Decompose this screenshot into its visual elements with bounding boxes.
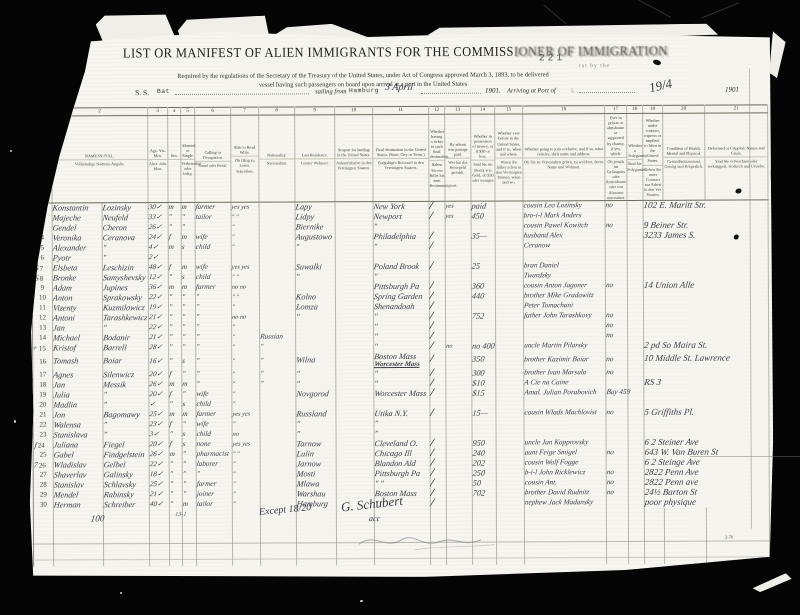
cell-surname: Schlavsky (103, 480, 149, 490)
cell-rw: ″ (232, 459, 260, 469)
cell-dest: ″ (374, 379, 430, 389)
cell-occ: farmer (196, 479, 232, 489)
cell-pd (446, 498, 472, 508)
column-header: NAME IN FULL.Vollständige Namens-Angabe. (52, 116, 148, 203)
cell-my (471, 251, 495, 261)
cell-surname: Boiar (103, 353, 149, 370)
cell-pd: no (446, 341, 472, 351)
cell-res: ″ (295, 272, 335, 282)
cell-bf (495, 231, 523, 241)
cell-my: 752 (472, 311, 496, 321)
cell-res: Novgorod (296, 389, 336, 399)
cell-my (472, 321, 496, 331)
row-number: 21 (39, 411, 46, 419)
cell-surname: ″ (103, 430, 149, 440)
cell-ms: ″ (182, 490, 196, 500)
column-header: Ever in prison or almshouse or supported… (605, 114, 627, 201)
cell-sea (336, 342, 374, 352)
cell-age: 21✓ (149, 313, 169, 323)
cell-bf (495, 201, 523, 212)
cell-pr: Bay 459 (606, 388, 628, 398)
cell-age: 18✓ (149, 470, 169, 480)
cell-given: Konstantin (52, 203, 102, 214)
cell-surname: Kuzmilowicz (102, 303, 148, 313)
cell-age: 20✓ (149, 440, 169, 450)
cell-given: Bronke (52, 273, 102, 283)
cell-res: Mlawa (296, 479, 336, 489)
column-header: Whether a Polygamist.Sind Sie Polygamist… (627, 113, 643, 200)
cell-rel: father John Tarashkovy (524, 311, 606, 321)
row-number: 1 (40, 204, 44, 212)
cell-nat (259, 292, 295, 302)
cell-rel: A Cie na Caine (524, 378, 606, 388)
cell-pd (446, 408, 472, 418)
cell-poly (627, 301, 643, 311)
cell-tk: / (429, 262, 445, 272)
cell-res: Lulin (296, 449, 336, 459)
cell-ms: ″ (182, 420, 196, 430)
empty-cell (196, 509, 232, 565)
cell-surname: Cheron (102, 223, 148, 233)
dust-speck (14, 420, 16, 423)
column-number: 5 (181, 107, 195, 115)
cell-sea (336, 332, 374, 342)
cell-my (472, 331, 496, 341)
corrected-destination: Worcester Mass (374, 360, 430, 369)
cell-my: 300 (472, 368, 496, 378)
column-header: Final destination in the United States. … (373, 114, 429, 201)
cell-dest: ″ ″ (374, 479, 430, 489)
cell-ms: s (182, 440, 196, 450)
cell-sex: f (168, 233, 181, 243)
cell-bf (496, 388, 524, 398)
cell-rw: ″ (231, 302, 259, 312)
cell-age: 40✓ (149, 500, 169, 510)
overlap-text: rat by the (579, 63, 610, 69)
cell-given: Michael (53, 333, 103, 343)
cell-rw: ″ (232, 489, 260, 499)
cell-sea (336, 419, 374, 429)
cell-dest: ″ (374, 342, 430, 352)
cell-pd (445, 251, 471, 261)
cell-occ: ″ (196, 322, 232, 332)
cell-ms: s (182, 430, 196, 440)
cell-surname: Schreiber (103, 500, 149, 510)
column-header: Whether going to join a relative, and if… (523, 114, 605, 201)
cell-pd (445, 261, 471, 271)
cell-given: Majeche (52, 213, 102, 223)
cell-pr: no (606, 351, 628, 368)
cell-given: Anton (52, 293, 102, 303)
cell-pd (446, 438, 472, 448)
cell-poly (627, 231, 643, 241)
cell-poly (628, 351, 644, 368)
cell-my: 360 (471, 281, 495, 291)
row-number-cell: 1 (32, 203, 52, 214)
cell-sea (336, 459, 374, 469)
cell-nat: Russian (260, 332, 296, 342)
cell-sea (336, 322, 374, 332)
cell-occ: ″ (196, 469, 232, 479)
cell-poly (628, 448, 644, 458)
cell-bf (495, 241, 523, 251)
cell-res: Jarnow (296, 459, 336, 469)
cell-age: 26✓ (149, 380, 169, 390)
cell-dest: ″ (374, 419, 430, 429)
row-number: 20 (39, 401, 46, 409)
cell-nat (259, 232, 295, 242)
cell-sex: f (169, 390, 182, 400)
column-header: Seaport for landing in the United States… (335, 115, 373, 202)
sailing-from-label: sailing from (315, 88, 346, 95)
cell-my (471, 271, 495, 281)
cell-pd (446, 468, 472, 478)
row-number: 12 (39, 314, 46, 322)
cell-poly (627, 221, 643, 231)
cell-res: Biernike (295, 222, 335, 232)
cell-pd (446, 378, 472, 388)
row-number-cell: S8 (32, 273, 52, 283)
cell-nat (260, 459, 296, 469)
cell-rel: nephew Jack Madansky (524, 498, 606, 508)
cell-pr (606, 458, 628, 468)
cell-rw: ″ ″ (231, 292, 259, 302)
vessel-blank-line (175, 85, 309, 95)
cell-surname: Galinsky (103, 470, 149, 480)
cell-occ: wife (195, 232, 231, 242)
cell-given: Jon (53, 410, 103, 420)
cell-sex: ″ (169, 500, 182, 510)
column-header: Condition of Health, Mental and Physical… (663, 113, 705, 200)
cell-given: Madlin (53, 400, 103, 410)
row-number: 24 (38, 441, 45, 449)
cell-occ: child (196, 429, 232, 439)
cell-my: 202 (472, 458, 496, 468)
cell-res (296, 342, 336, 352)
cell-res: ″ (295, 242, 335, 252)
cell-pr (606, 398, 628, 408)
column-number: 3 (148, 108, 168, 116)
column-header-row: No. on List.No. auf der Liste.NAME IN FU… (32, 113, 768, 203)
cell-bf (495, 211, 523, 221)
cell-bf (496, 341, 524, 351)
cell-dest: Worcester Mass (374, 389, 430, 399)
cell-ms: ″ (182, 370, 196, 380)
cell-ms: m (181, 202, 195, 213)
cell-nat (259, 222, 295, 232)
cell-rw: ″ (232, 499, 260, 509)
cell-bf (496, 378, 524, 388)
cell-sex: ″ (169, 490, 182, 500)
empty-cell (182, 510, 196, 566)
cell-res: Wilna (296, 352, 336, 369)
cell-given: Walensa (53, 420, 103, 430)
cell-poly (628, 458, 644, 468)
cell-given: Agnes (53, 370, 103, 380)
cell-sex: m (169, 410, 182, 420)
cell-rw: ″ (232, 342, 260, 352)
footer-note: 13-1 (174, 511, 186, 518)
column-number: 4 (168, 107, 181, 115)
form-number: 2-70 (725, 535, 733, 540)
cell-given: Jan (53, 380, 103, 390)
cell-given: Pyotr (52, 253, 102, 263)
cell-pd (446, 351, 472, 368)
cell-pd (446, 478, 472, 488)
scan-page: LIST OR MANIFEST OF ALIEN IMMIGRANTS FOR… (23, 28, 775, 587)
cell-pr: no (605, 281, 627, 291)
cell-surname: Fiegel (103, 440, 149, 450)
row-number-cell: 19 (33, 390, 53, 400)
cell-my: paid (471, 201, 495, 212)
empty-cell (606, 508, 628, 564)
cell-rw: ″ (232, 479, 260, 489)
row-number: 2 (39, 214, 43, 222)
cell-ms: ″ (182, 460, 196, 470)
cell-sea (336, 389, 374, 399)
cell-pr: no (606, 468, 628, 478)
sailing-date-handwritten: 3 April (384, 82, 413, 93)
cell-rw: ″ (232, 419, 260, 429)
cell-my: 702 (472, 488, 496, 498)
cell-poly (627, 241, 643, 251)
cell-res: ″ (296, 429, 336, 439)
column-header: Married or Single.Verheirathet oder ledi… (181, 115, 195, 202)
cell-surname: ″ (102, 253, 148, 263)
photo-crease (690, 456, 800, 457)
row-number: 4 (40, 234, 44, 242)
cell-sea (335, 292, 373, 302)
cell-bf (496, 438, 524, 448)
cell-poly (628, 468, 644, 478)
cell-dest: Philadelphia (373, 232, 429, 242)
cell-dest: Pittsburgh Pa (373, 282, 429, 292)
cell-bf (496, 468, 524, 478)
cell-occ: child (195, 272, 231, 282)
cell-given: Shaverlav (53, 470, 103, 480)
cell-given: Herman (53, 500, 103, 510)
cell-occ (195, 222, 231, 232)
row-number: 22 (39, 421, 46, 429)
cell-ms: ″ (181, 223, 195, 233)
cell-res: ″ (296, 369, 336, 379)
cell-given: Stanislava (53, 430, 103, 440)
cell-bf (496, 311, 524, 321)
cell-tk (430, 419, 446, 429)
row-number: 30 (40, 501, 47, 509)
cell-poly (628, 498, 644, 508)
cell-nat (260, 429, 296, 439)
dust-speck (10, 150, 12, 152)
cell-sex: m (168, 202, 181, 213)
cell-sea (336, 449, 374, 459)
cell-surname: Bagomawy (103, 410, 149, 420)
cell-sex: ″ (168, 223, 181, 233)
cell-my (471, 301, 495, 311)
cell-given: Juliana (53, 440, 103, 450)
cell-age: 48✓ (148, 263, 168, 273)
cell-nat (259, 252, 295, 262)
cell-bf (495, 221, 523, 231)
column-header: No. on List.No. auf der Liste. (32, 116, 52, 203)
cell-sex: ″ (168, 213, 181, 223)
cell-pd (446, 311, 472, 321)
cell-sea (335, 232, 373, 242)
row-number: 8 (40, 274, 44, 282)
cell-poly (628, 311, 644, 321)
cell-nat (259, 262, 295, 272)
column-number: 11 (373, 106, 429, 114)
cell-ms: ″ (182, 323, 196, 333)
cell-surname: Bodanir (103, 333, 149, 343)
row-number: 3 (40, 224, 44, 232)
cell-rw: ″ (232, 332, 260, 342)
cell-rw: no (232, 429, 260, 439)
cell-pr: no (606, 408, 628, 418)
cell-surname: ″ (103, 390, 149, 400)
cell-sex: m (168, 283, 181, 293)
row-number-cell: 21 (33, 410, 53, 420)
cell-sex: f (169, 420, 182, 430)
cell-given: Alexander (52, 243, 102, 253)
column-header: Last Residence.Letzter Wohnort. (295, 115, 335, 202)
cell-res: Lapy (295, 202, 335, 213)
cell-ms: m (182, 500, 196, 510)
page-number-stamp: 221 (539, 52, 565, 63)
empty-cell (33, 510, 53, 566)
cell-res: ″ (296, 379, 336, 389)
column-header: Age. Yrs. Mos.Alter. Jahr. Mon. (148, 116, 168, 203)
cell-age: 25✓ (149, 480, 169, 490)
cell-bf (496, 428, 524, 438)
cell-bf (496, 478, 524, 488)
cell-nat (259, 282, 295, 292)
cell-sea (336, 409, 374, 419)
cell-occ: child (196, 399, 232, 409)
arriving-port-faint: L (571, 87, 575, 94)
cell-dest: Poland Brook (373, 262, 429, 272)
cell-rel: Amal. Julian Porabovich (524, 388, 606, 398)
row-number-cell: S2 (32, 213, 52, 223)
row-number-cell: 14 (33, 333, 53, 343)
cell-age: 22✓ (148, 293, 168, 303)
cell-ms: m (181, 283, 195, 293)
cell-age: 26✓ (149, 450, 169, 460)
cell-given: Elsbeta (52, 263, 102, 273)
cell-rw: ″ ″ (232, 449, 260, 459)
cell-sex: f (169, 440, 182, 450)
row-number-cell: 30 (33, 500, 53, 510)
column-number: 13 (445, 106, 471, 114)
cell-bf (495, 281, 523, 291)
cell-ms: s (181, 243, 195, 253)
column-number: 17 (605, 106, 627, 114)
column-header: Sex.. (168, 115, 181, 202)
cell-res: Tarnow (296, 439, 336, 449)
cell-given: Wladislav (53, 460, 103, 470)
cell-nat (259, 242, 295, 252)
cell-bf (496, 408, 524, 418)
cell-dest: ″ (373, 272, 429, 282)
cell-sea (335, 262, 373, 272)
cell-dest: ″ (373, 222, 429, 232)
row-number-cell: 4 (32, 233, 52, 243)
cell-pd (446, 388, 472, 398)
arriving-year: 1901 (725, 86, 739, 94)
cell-age: 22✓ (149, 460, 169, 470)
cell-dest: Newport (373, 212, 429, 222)
cell-tk: / (430, 409, 446, 419)
cell-rel: b-i-l John Ricklewicz (524, 468, 606, 478)
cell-pd: yes (445, 201, 471, 212)
cell-poly (627, 211, 643, 221)
row-number: 28 (40, 481, 47, 489)
signature-acc: acc (368, 514, 380, 523)
cell-rw: yes yes (232, 439, 260, 449)
row-number-cell: 12 (33, 313, 53, 323)
column-number: 8 (259, 107, 295, 115)
cell-rw: yes yes (232, 409, 260, 419)
cell-res: Lidpy (295, 212, 335, 222)
empty-cell (524, 508, 606, 564)
cell-ms: m (182, 380, 196, 390)
cell-my: 350 (472, 351, 496, 368)
scan-scratch (701, 3, 738, 19)
cell-sea (335, 212, 373, 222)
vessel-name: Bat (157, 88, 170, 95)
cell-age: 12✓ (148, 273, 168, 283)
row-number-cell: 6 (32, 253, 52, 263)
cell-ms: ″ (182, 390, 196, 400)
cell-surname: ″ (103, 400, 149, 410)
cell-bf (495, 251, 523, 261)
cell-my (472, 398, 496, 408)
cell-rw: ″ (232, 369, 260, 379)
row-number-cell: 18 (33, 380, 53, 390)
cell-pd (446, 321, 472, 331)
cell-rel (524, 321, 606, 331)
cell-rw: yes yes (231, 262, 259, 272)
cell-poly (628, 321, 644, 331)
cell-poly (627, 261, 643, 271)
cell-poly (628, 378, 644, 388)
row-number-cell: 16 (33, 353, 53, 370)
cell-pr (605, 291, 627, 301)
cell-surname: Gelbel (103, 460, 149, 470)
cell-pr: no (606, 311, 628, 321)
cell-dest: Chicago Ill (374, 449, 430, 459)
cell-rw: ″ (232, 469, 260, 479)
cell-rw: ″ (231, 232, 259, 242)
cell-occ: none (196, 439, 232, 449)
cell-res: Kolno (295, 292, 335, 302)
row-number: 7 (40, 264, 44, 272)
cell-poly (628, 488, 644, 498)
cell-dest: ″ (373, 242, 429, 252)
cell-occ: farmer (195, 202, 231, 213)
cell-pd: yes (445, 211, 471, 221)
cell-rw: ″ (232, 352, 260, 369)
row-number: 15 (39, 344, 46, 352)
cell-sex: ″ (168, 293, 181, 303)
cell-sex: ″ (169, 460, 182, 470)
cell-ms: m (181, 263, 195, 273)
cell-my (472, 418, 496, 428)
cell-res: Suwalki (295, 262, 335, 272)
date-blank-line (421, 85, 481, 94)
cell-occ: ″ (196, 312, 232, 322)
cell-given: Adam (52, 283, 102, 293)
